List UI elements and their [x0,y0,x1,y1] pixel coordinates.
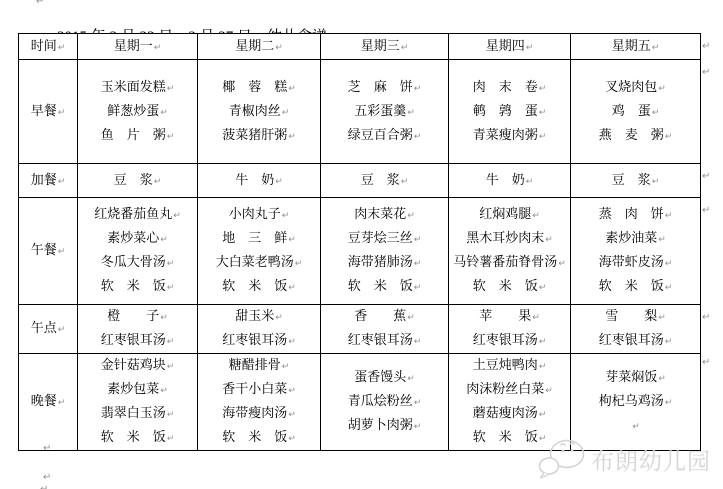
menu-line-text: 红烧番茄鱼丸 [94,206,172,221]
paragraph-mark-icon: ↵ [275,43,283,53]
paragraph-mark-icon: ↵ [652,177,660,187]
menu-line-text: 软 米 饭 [599,278,664,293]
paragraph-mark-icon: ↵ [295,259,303,269]
menu-line: 红焖鸡腿↵ [452,203,567,227]
menu-line: 素炒包菜↵ [81,378,194,402]
menu-line-text: 红枣银耳汤 [599,332,664,347]
paragraph-mark-icon: ↵ [288,410,296,420]
document-page: ↵ 2015 年 3 月 23 日—3 月 27 日 幼儿食谱↵ 时间↵星期一↵… [0,0,723,489]
menu-line-text: 豆 浆 [114,172,153,187]
menu-line-text: 玉米面发糕 [101,79,166,94]
menu-line: 雪 梨↵ [574,305,697,329]
menu-line: 星期五↵ [574,35,697,59]
menu-cell: 小肉丸子↵地 三 鲜↵大白菜老鸭汤↵软 米 饭↵ [198,198,321,305]
menu-line-text: 星期四 [486,38,525,53]
row-end-mark-icon: ↵ [702,358,710,368]
menu-line-text: 星期三 [361,38,400,53]
menu-line-text: 加餐 [31,172,57,187]
menu-cell: 豆 浆↵ [78,164,198,198]
paragraph-mark-icon: ↵ [36,0,44,7]
menu-cell: 椰 蓉 糕↵青椒肉丝↵菠菜猪肝粥↵ [198,60,321,164]
paragraph-mark-icon: ↵ [167,434,175,444]
menu-line: 软 米 饭↵ [324,275,445,299]
paragraph-mark-icon: ↵ [282,211,290,221]
menu-cell: 糖醋排骨↵香干小白菜↵海带瘦肉汤↵软 米 饭↵ [198,354,321,451]
menu-cell: 雪 梨↵红枣银耳汤↵ [571,305,701,354]
paragraph-mark-icon: ↵ [167,337,175,347]
paragraph-mark-icon: ↵ [414,283,422,293]
menu-line-text: 金针菇鸡块 [101,357,166,372]
row-label-cell: 晚餐↵ [19,354,78,451]
row-label-cell: 早餐↵ [19,60,78,164]
paragraph-mark-icon: ↵ [160,235,168,245]
menu-line-text: 蛋香馒头 [354,369,406,384]
paragraph-mark-icon: ↵ [407,374,415,384]
menu-row: 午点↵橙 子↵红枣银耳汤↵甜玉米↵红枣银耳汤↵香 蕉↵红枣银耳汤↵苹 果↵红枣银… [19,305,701,354]
paragraph-mark-icon: ↵ [414,84,422,94]
menu-line: 海带猪肺汤↵ [324,251,445,275]
menu-line: 软 米 饭↵ [574,275,697,299]
column-header-3: 星期三↵ [321,34,449,60]
paragraph-mark-icon: ↵ [282,108,290,118]
paragraph-mark-icon: ↵ [288,84,296,94]
paragraph-mark-icon: ↵ [539,132,547,142]
menu-line-text: 软 米 饭 [101,278,166,293]
paragraph-mark-icon: ↵ [414,132,422,142]
menu-line: 枸杞乌鸡汤↵ [574,390,697,414]
menu-line-text: 红枣银耳汤 [348,332,413,347]
menu-line-text: 绿豆百合粥 [348,127,413,142]
menu-line-text: 鹌 鹑 蛋 [473,103,538,118]
watermark-text: 布朗幼儿园 [591,443,711,476]
menu-line-text: 青瓜烩粉丝 [348,393,413,408]
paragraph-mark-icon: ↵ [665,283,673,293]
paragraph-mark-icon: ↵ [414,337,422,347]
paragraph-mark-icon: ↵ [665,132,673,142]
paragraph-mark-icon: ↵ [414,422,422,432]
menu-line: 青椒肉丝↵ [201,100,317,124]
menu-line: 牛 奶↵ [452,169,567,193]
paragraph-mark-icon: ↵ [652,43,660,53]
paragraph-mark-icon: ↵ [658,84,666,94]
menu-line-text: 蘑菇瘦肉汤 [473,405,538,420]
menu-line-text: 菠菜猪肝粥 [222,127,287,142]
menu-line-text: 雪 梨 [605,308,657,323]
menu-cell: 肉 末 卷↵鹌 鹑 蛋↵青菜瘦肉粥↵ [449,60,571,164]
menu-cell: 芽菜焖饭↵枸杞乌鸡汤↵↵ [571,354,701,451]
menu-row: 早餐↵玉米面发糕↵鲜葱炒蛋↵鱼 片 粥↵椰 蓉 糕↵青椒肉丝↵菠菜猪肝粥↵芝 麻… [19,60,701,164]
menu-line-text: 素炒油菜 [605,230,657,245]
paragraph-mark-icon: ↵ [401,177,409,187]
menu-line-text: 椰 蓉 糕 [222,79,287,94]
header-row: 时间↵星期一↵星期二↵星期三↵星期四↵星期五↵ [19,34,701,60]
menu-line-text: 素炒包菜 [107,381,159,396]
time-header-cell: 时间↵ [19,34,78,60]
paragraph-mark-icon: ↵ [58,325,66,335]
menu-line: 豆 浆↵ [574,169,697,193]
menu-line: 时间↵ [22,35,74,59]
menu-line: 红枣银耳汤↵ [81,329,194,353]
menu-line-text: 晚餐 [31,393,57,408]
paragraph-mark-icon: ↵ [539,410,547,420]
menu-line-text: 甜玉米 [235,308,274,323]
menu-cell: 橙 子↵红枣银耳汤↵ [78,305,198,354]
menu-line: 冬瓜大骨汤↵ [81,251,194,275]
menu-line: 软 米 饭↵ [81,426,194,450]
menu-cell: 玉米面发糕↵鲜葱炒蛋↵鱼 片 粥↵ [78,60,198,164]
paragraph-mark-icon: ↵ [167,132,175,142]
menu-line: 星期四↵ [452,35,567,59]
menu-cell: 苹 果↵红枣银耳汤↵ [449,305,571,354]
menu-row: 晚餐↵金针菇鸡块↵素炒包菜↵翡翠白玉汤↵软 米 饭↵糖醋排骨↵香干小白菜↵海带瘦… [19,354,701,451]
menu-cell: 叉烧肉包↵鸡 蛋↵燕 麦 粥↵ [571,60,701,164]
paragraph-mark-icon: ↵ [539,283,547,293]
paragraph-mark-icon: ↵ [539,84,547,94]
menu-line-text: 燕 麦 粥 [599,127,664,142]
menu-cell: 牛 奶↵ [449,164,571,198]
menu-line: 菠菜猪肝粥↵ [201,124,317,148]
menu-line-text: 软 米 饭 [101,429,166,444]
paragraph-mark-icon: ↵ [58,177,66,187]
paragraph-mark-icon: ↵ [58,398,66,408]
menu-line: 星期一↵ [81,35,194,59]
menu-line-text: 星期二 [235,38,274,53]
menu-line-text: 红焖鸡腿 [479,206,531,221]
menu-line: 星期三↵ [324,35,445,59]
row-label-cell: 午点↵ [19,305,78,354]
menu-line-text: 早餐 [31,103,57,118]
paragraph-mark-icon: ↵ [154,177,162,187]
menu-line-text: 牛 奶 [486,172,525,187]
paragraph-mark-icon: ↵ [632,422,640,432]
watermark: 布朗幼儿园 [537,437,711,481]
menu-line: 海带瘦肉汤↵ [201,402,317,426]
menu-cell: 蒸 肉 饼↵素炒油菜↵海带虾皮汤↵软 米 饭↵ [571,198,701,305]
menu-line: 金针菇鸡块↵ [81,354,194,378]
menu-line: 素炒油菜↵ [574,227,697,251]
menu-line: 青瓜烩粉丝↵ [324,390,445,414]
paragraph-mark-icon: ↵ [665,211,673,221]
paragraph-mark-icon: ↵ [167,259,175,269]
menu-line: 青菜瘦肉粥↵ [452,124,567,148]
menu-line-text: 素炒菜心 [107,230,159,245]
menu-line-text: 枸杞乌鸡汤 [599,393,664,408]
menu-line-text: 五彩蛋羹 [354,103,406,118]
menu-line: 红枣银耳汤↵ [574,329,697,353]
menu-line-text: 海带猪肺汤 [348,254,413,269]
menu-line: 鱼 片 粥↵ [81,124,194,148]
menu-line: 鸡 蛋↵ [574,100,697,124]
menu-line-text: 地 三 鲜 [222,230,287,245]
paragraph-mark-icon: ↵ [43,444,51,454]
menu-cell: 肉末菜花↵豆芽烩三丝↵海带猪肺汤↵软 米 饭↵ [321,198,449,305]
menu-line-text: 肉末菜花 [354,206,406,221]
menu-line: 早餐↵ [22,100,74,124]
menu-line-text: 翡翠白玉汤 [101,405,166,420]
paragraph-mark-icon: ↵ [167,283,175,293]
column-header-4: 星期四↵ [449,34,571,60]
paragraph-mark-icon: ↵ [414,398,422,408]
menu-line-text: 香 蕉 [354,308,406,323]
paragraph-mark-icon: ↵ [288,283,296,293]
paragraph-mark-icon: ↵ [526,43,534,53]
column-header-2: 星期二↵ [198,34,321,60]
paragraph-mark-icon: ↵ [167,84,175,94]
menu-line: 绿豆百合粥↵ [324,124,445,148]
menu-line: 豆芽烩三丝↵ [324,227,445,251]
paragraph-mark-icon: ↵ [288,235,296,245]
row-end-mark-icon: ↵ [702,206,710,216]
paragraph-mark-icon: ↵ [414,235,422,245]
menu-line-text: 午点 [31,320,57,335]
row-end-mark-icon: ↵ [702,172,710,182]
menu-line: 地 三 鲜↵ [201,227,317,251]
menu-line: 午餐↵ [22,239,74,263]
menu-line: 肉沫粉丝白菜↵ [452,378,567,402]
paragraph-mark-icon: ↵ [154,43,162,53]
menu-line: 午点↵ [22,317,74,341]
paragraph-mark-icon: ↵ [658,235,666,245]
menu-line-text: 星期五 [612,38,651,53]
paragraph-mark-icon: ↵ [40,485,48,489]
menu-table: 时间↵星期一↵星期二↵星期三↵星期四↵星期五↵早餐↵玉米面发糕↵鲜葱炒蛋↵鱼 片… [18,33,701,451]
paragraph-mark-icon: ↵ [58,247,66,257]
menu-cell: 土豆炖鸭肉↵肉沫粉丝白菜↵蘑菇瘦肉汤↵软 米 饭↵ [449,354,571,451]
menu-line-text: 午餐 [31,242,57,257]
menu-line: 香干小白菜↵ [201,378,317,402]
menu-line: 椰 蓉 糕↵ [201,76,317,100]
paragraph-mark-icon: ↵ [532,313,540,323]
menu-line: 牛 奶↵ [201,169,317,193]
paragraph-mark-icon: ↵ [407,313,415,323]
menu-line-text: 海带瘦肉汤 [222,405,287,420]
paragraph-mark-icon: ↵ [288,434,296,444]
paragraph-mark-icon: ↵ [414,259,422,269]
menu-line: 鹌 鹑 蛋↵ [452,100,567,124]
paragraph-mark-icon: ↵ [539,362,547,372]
menu-line: 蘑菇瘦肉汤↵ [452,402,567,426]
menu-line-text: 糖醋排骨 [229,357,281,372]
menu-line-text: 红枣银耳汤 [222,332,287,347]
menu-line-text: 土豆炖鸭肉 [473,357,538,372]
paragraph-mark-icon: ↵ [401,43,409,53]
paragraph-mark-icon: ↵ [275,177,283,187]
menu-cell: 豆 浆↵ [321,164,449,198]
paragraph-mark-icon: ↵ [160,108,168,118]
paragraph-mark-icon: ↵ [282,362,290,372]
menu-line: 鲜葱炒蛋↵ [81,100,194,124]
paragraph-mark-icon: ↵ [43,473,51,483]
paragraph-mark-icon: ↵ [160,386,168,396]
menu-line-text: 黑木耳炒肉末 [466,230,544,245]
menu-line-text: 橙 子 [107,308,159,323]
menu-line: 红枣银耳汤↵ [324,329,445,353]
column-header-1: 星期一↵ [78,34,198,60]
menu-line-text: 香干小白菜 [222,381,287,396]
paragraph-mark-icon: ↵ [539,108,547,118]
menu-line-text: 鸡 蛋 [612,103,651,118]
menu-line: 甜玉米↵ [201,305,317,329]
kindergarten-logo-icon [537,437,587,481]
menu-line: 燕 麦 粥↵ [574,124,697,148]
menu-cell: 香 蕉↵红枣银耳汤↵ [321,305,449,354]
menu-line: 翡翠白玉汤↵ [81,402,194,426]
paragraph-mark-icon: ↵ [167,362,175,372]
menu-row: 午餐↵红烧番茄鱼丸↵素炒菜心↵冬瓜大骨汤↵软 米 饭↵小肉丸子↵地 三 鲜↵大白… [19,198,701,305]
menu-cell: 金针菇鸡块↵素炒包菜↵翡翠白玉汤↵软 米 饭↵ [78,354,198,451]
menu-line: 小肉丸子↵ [201,203,317,227]
menu-line-text: 鲜葱炒蛋 [107,103,159,118]
paragraph-mark-icon: ↵ [665,398,673,408]
menu-line: 豆 浆↵ [324,169,445,193]
menu-cell: 芝 麻 饼↵五彩蛋羹↵绿豆百合粥↵ [321,60,449,164]
menu-line-text: 时间 [31,38,57,53]
menu-line-text: 星期一 [114,38,153,53]
menu-line: 星期二↵ [201,35,317,59]
paragraph-mark-icon: ↵ [407,211,415,221]
menu-line: 软 米 饭↵ [201,426,317,450]
menu-line: 软 米 饭↵ [201,275,317,299]
row-end-mark-icon: ↵ [702,313,710,323]
menu-line: 蒸 肉 饼↵ [574,203,697,227]
menu-table-body: 时间↵星期一↵星期二↵星期三↵星期四↵星期五↵早餐↵玉米面发糕↵鲜葱炒蛋↵鱼 片… [19,34,701,451]
menu-line: 叉烧肉包↵ [574,76,697,100]
menu-cell: 红焖鸡腿↵黑木耳炒肉末↵马铃薯番茄脊骨汤↵软 米 饭↵ [449,198,571,305]
menu-line: 大白菜老鸭汤↵ [201,251,317,275]
menu-line-text: 豆 浆 [361,172,400,187]
menu-row: 加餐↵豆 浆↵牛 奶↵豆 浆↵牛 奶↵豆 浆↵ [19,164,701,198]
menu-line-text: 豆 浆 [612,172,651,187]
paragraph-mark-icon: ↵ [58,108,66,118]
menu-line: 蛋香馒头↵ [324,366,445,390]
paragraph-mark-icon: ↵ [275,313,283,323]
menu-line-text: 芝 麻 饼 [348,79,413,94]
menu-line-text: 芽菜焖饭 [605,369,657,384]
menu-line: 肉 末 卷↵ [452,76,567,100]
menu-line-text: 大白菜老鸭汤 [216,254,294,269]
menu-line-text: 青椒肉丝 [229,103,281,118]
paragraph-mark-icon: ↵ [665,259,673,269]
menu-line: 糖醋排骨↵ [201,354,317,378]
paragraph-mark-icon: ↵ [173,211,181,221]
menu-line: 芝 麻 饼↵ [324,76,445,100]
menu-line: 香 蕉↵ [324,305,445,329]
paragraph-mark-icon: ↵ [288,132,296,142]
menu-line: 胡萝卜肉粥↵ [324,414,445,438]
menu-line-text: 胡萝卜肉粥 [348,417,413,432]
menu-line-text: 红枣银耳汤 [473,332,538,347]
paragraph-mark-icon: ↵ [288,337,296,347]
menu-line: 马铃薯番茄脊骨汤↵ [452,251,567,275]
row-end-mark-icon: ↵ [702,68,710,78]
menu-line-text: 叉烧肉包 [605,79,657,94]
paragraph-mark-icon: ↵ [288,386,296,396]
menu-line-text: 苹 果 [479,308,531,323]
menu-line-text: 肉沫粉丝白菜 [466,381,544,396]
row-label-cell: 加餐↵ [19,164,78,198]
paragraph-mark-icon: ↵ [658,374,666,384]
menu-line: 红枣银耳汤↵ [201,329,317,353]
menu-line: 红烧番茄鱼丸↵ [81,203,194,227]
menu-line-text: 海带虾皮汤 [599,254,664,269]
menu-line: 五彩蛋羹↵ [324,100,445,124]
menu-line-text: 青菜瘦肉粥 [473,127,538,142]
paragraph-mark-icon: ↵ [539,337,547,347]
menu-line: 玉米面发糕↵ [81,76,194,100]
menu-line: 黑木耳炒肉末↵ [452,227,567,251]
menu-line-text: 软 米 饭 [222,278,287,293]
menu-line-text: 软 米 饭 [473,278,538,293]
menu-line: 肉末菜花↵ [324,203,445,227]
menu-line-text: 小肉丸子 [229,206,281,221]
menu-line: 海带虾皮汤↵ [574,251,697,275]
menu-line: 豆 浆↵ [81,169,194,193]
menu-line-text: 软 米 饭 [222,429,287,444]
menu-line-text: 牛 奶 [235,172,274,187]
paragraph-mark-icon: ↵ [532,211,540,221]
menu-line-text: 红枣银耳汤 [101,332,166,347]
menu-line: 土豆炖鸭肉↵ [452,354,567,378]
menu-line: 软 米 饭↵ [81,275,194,299]
menu-cell: 甜玉米↵红枣银耳汤↵ [198,305,321,354]
menu-line-text: 豆芽烩三丝 [348,230,413,245]
menu-cell: 豆 浆↵ [571,164,701,198]
paragraph-mark-icon: ↵ [665,337,673,347]
menu-line: 晚餐↵ [22,390,74,414]
menu-line-text: 蒸 肉 饼 [599,206,664,221]
menu-line: 苹 果↵ [452,305,567,329]
menu-cell: 牛 奶↵ [198,164,321,198]
menu-line: 芽菜焖饭↵ [574,366,697,390]
menu-line: 加餐↵ [22,169,74,193]
menu-line: 红枣银耳汤↵ [452,329,567,353]
paragraph-mark-icon: ↵ [545,235,553,245]
menu-line-text: 冬瓜大骨汤 [101,254,166,269]
paragraph-mark-icon: ↵ [160,313,168,323]
paragraph-mark-icon: ↵ [167,410,175,420]
menu-line: ↵ [574,414,697,438]
menu-line: 软 米 饭↵ [452,275,567,299]
menu-line: 橙 子↵ [81,305,194,329]
paragraph-mark-icon: ↵ [407,108,415,118]
column-header-5: 星期五↵ [571,34,701,60]
menu-line-text: 软 米 饭 [473,429,538,444]
paragraph-mark-icon: ↵ [558,259,566,269]
paragraph-mark-icon: ↵ [526,177,534,187]
menu-line-text: 软 米 饭 [348,278,413,293]
row-label-cell: 午餐↵ [19,198,78,305]
paragraph-mark-icon: ↵ [658,313,666,323]
menu-line: 素炒菜心↵ [81,227,194,251]
menu-line-text: 鱼 片 粥 [101,127,166,142]
menu-cell: 蛋香馒头↵青瓜烩粉丝↵胡萝卜肉粥↵ [321,354,449,451]
row-end-mark-icon: ↵ [702,42,710,52]
paragraph-mark-icon: ↵ [58,43,66,53]
menu-cell: 红烧番茄鱼丸↵素炒菜心↵冬瓜大骨汤↵软 米 饭↵ [78,198,198,305]
paragraph-mark-icon: ↵ [652,108,660,118]
paragraph-mark-icon: ↵ [545,386,553,396]
menu-line-text: 肉 末 卷 [473,79,538,94]
menu-line-text: 马铃薯番茄脊骨汤 [453,254,557,269]
